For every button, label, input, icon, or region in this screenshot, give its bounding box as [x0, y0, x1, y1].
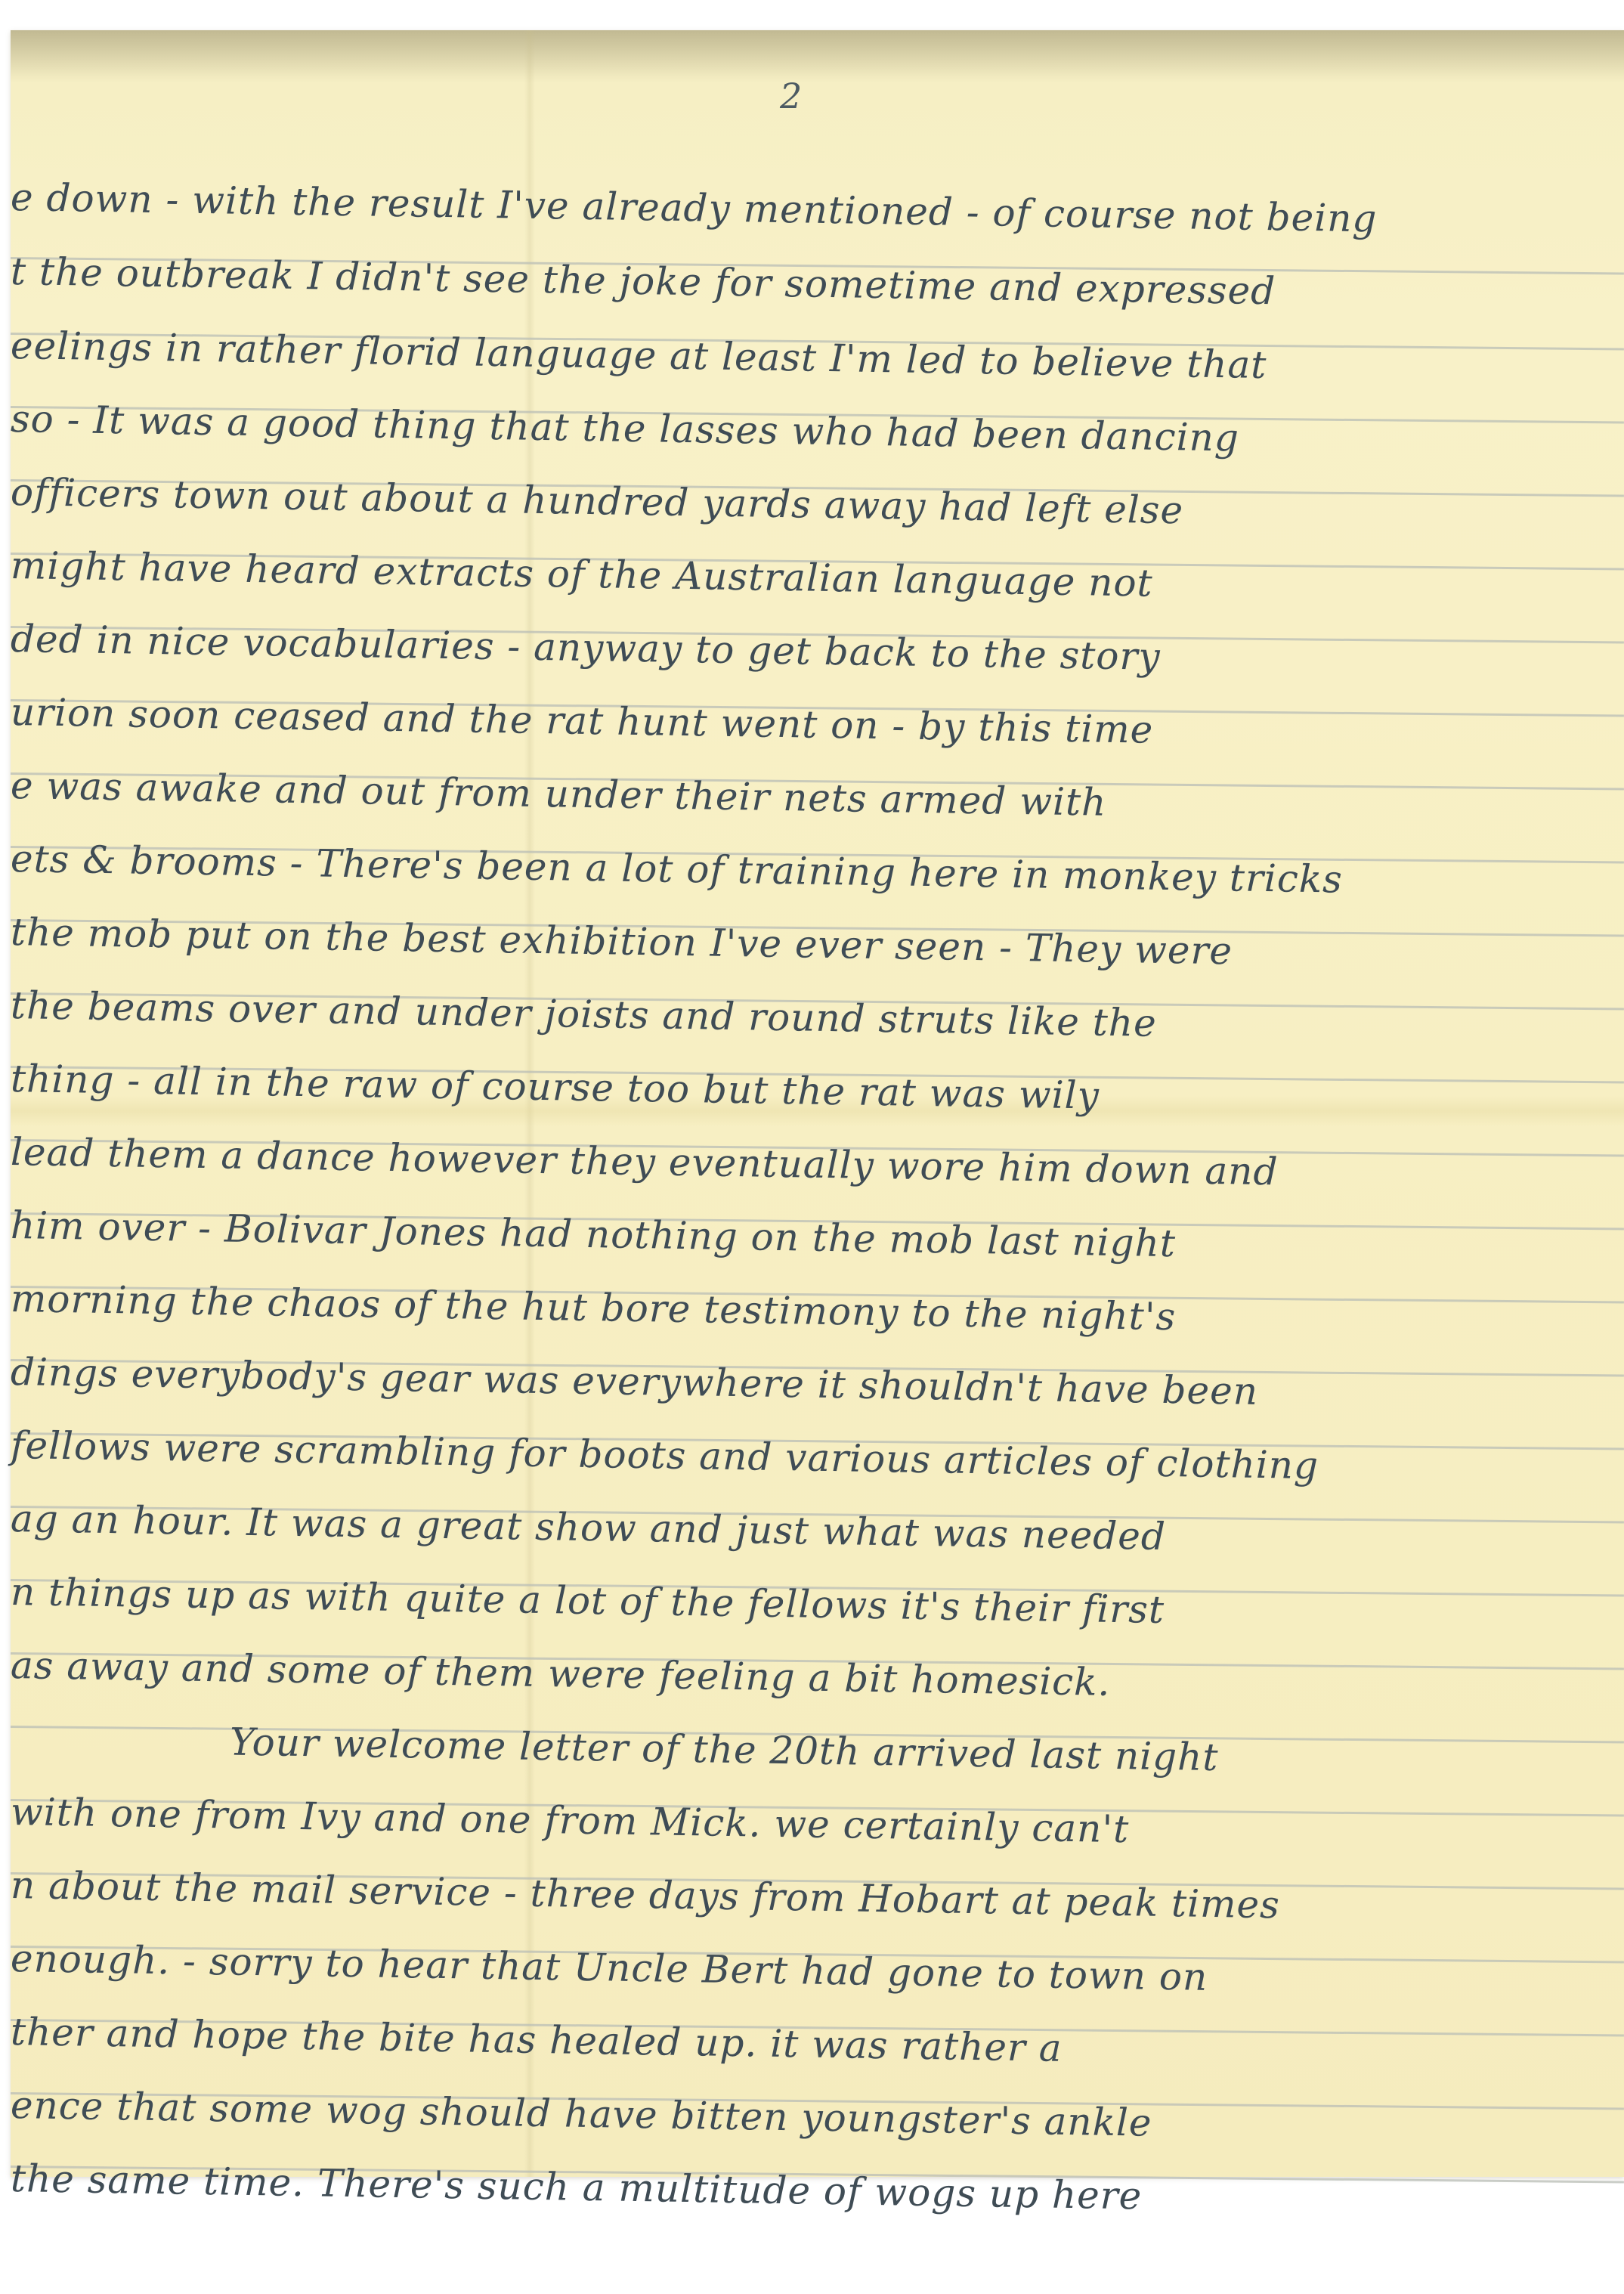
handwritten-line: ded in nice vocabularies - anyway to get…: [11, 617, 1162, 679]
page-number: 2: [780, 76, 802, 116]
handwritten-line: n about the mail service - three days fr…: [11, 1863, 1281, 1927]
handwritten-line: him over - Bolivar Jones had nothing on …: [11, 1203, 1177, 1265]
handwritten-line: the beams over and under joists and roun…: [11, 983, 1158, 1045]
scanned-page: 2 e down - with the result I've already …: [0, 0, 1624, 2294]
handwritten-line: morning the chaos of the hut bore testim…: [11, 1277, 1177, 1339]
handwritten-line: dings everybody's gear was everywhere it…: [11, 1350, 1259, 1413]
handwritten-line: lead them a dance however they eventuall…: [11, 1130, 1279, 1193]
handwritten-line: officers town out about a hundred yards …: [11, 470, 1184, 532]
handwritten-line: ence that some wog should have bitten yo…: [11, 2083, 1152, 2145]
handwritten-line: as away and some of them were feeling a …: [11, 1643, 1111, 1704]
handwritten-line: ther and hope the bite has healed up. it…: [11, 2010, 1063, 2070]
handwritten-line: fellows were scrambling for boots and va…: [11, 1423, 1319, 1488]
handwritten-line: e was awake and out from under their net…: [11, 763, 1107, 825]
handwritten-line: the mob put on the best exhibition I've …: [11, 910, 1233, 973]
handwritten-line: e down - with the result I've already me…: [11, 175, 1378, 240]
handwritten-line: with one from Ivy and one from Mick. we …: [11, 1790, 1130, 1851]
paragraph-start-line: Your welcome letter of the 20th arrived …: [11, 1717, 1219, 1779]
handwritten-line: ets & brooms - There's been a lot of tra…: [11, 837, 1344, 902]
handwritten-line: enough. - sorry to hear that Uncle Bert …: [11, 1936, 1208, 1999]
handwritten-line: urion soon ceased and the rat hunt went …: [11, 690, 1154, 752]
handwritten-line: the same time. There's such a multitude …: [11, 2156, 1143, 2218]
handwritten-line: ag an hour. It was a great show and just…: [11, 1497, 1167, 1559]
handwritten-line: n things up as with quite a lot of the f…: [11, 1570, 1165, 1632]
handwritten-line: t the outbreak I didn't see the joke for…: [11, 249, 1276, 313]
handwritten-line: might have heard extracts of the Austral…: [11, 543, 1154, 605]
handwritten-line: eelings in rather florid language at lea…: [11, 324, 1267, 387]
letter-paper: 2 e down - with the result I've already …: [11, 30, 1624, 2177]
handwritten-line: so - It was a good thing that the lasses…: [11, 397, 1240, 460]
